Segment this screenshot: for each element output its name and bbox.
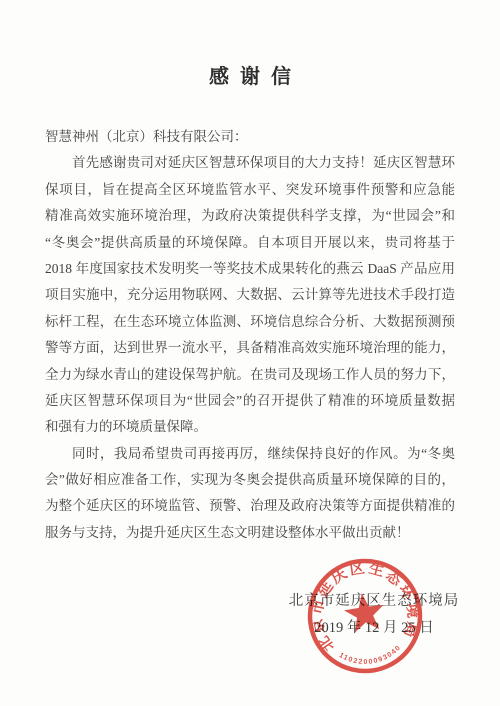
- body-line: 标杆工程，在生态环境立体监测、环境信息综合分析、大数据预测预: [45, 309, 455, 335]
- letter-page: 感谢信 智慧神州（北京）科技有限公司： 首先感谢贵司对延庆区智慧环保项目的大力支…: [0, 0, 500, 706]
- paragraphs: 首先感谢贵司对延庆区智慧环保项目的大力支持！延庆区智慧环保项目，旨在提高全区环境…: [45, 150, 455, 546]
- body-line: 服务与支持，为提升延庆区生态文明建设整体水平做出贡献！: [45, 520, 455, 546]
- body-line: 和强有力的环境质量保障。: [45, 414, 455, 440]
- body-line: “冬奥会”提供高质量的环境保障。自本项目开展以来，贵司将基于: [45, 230, 455, 256]
- body-line: 同时，我局希望贵司再接再厉，继续保持良好的作风。为“冬奥: [45, 441, 455, 467]
- body-line: 2018 年度国家技术发明奖一等奖技术成果转化的燕云 DaaS 产品应用到: [45, 256, 455, 282]
- seal-code: 1102200093040: [337, 643, 404, 670]
- body-line: 会”做好相应准备工作，实现为冬奥会提供高质量环境保障的目的，: [45, 467, 455, 493]
- signature-block: 北京市延庆区生态环境局 2019 年 12 月 25 日: [276, 588, 472, 642]
- body-line: 为整个延庆区的环境监管、预警、治理及政府决策等方面提供精准的: [45, 493, 455, 519]
- body-line: 全力为绿水青山的建设保驾护航。在贵司及现场工作人员的努力下，: [45, 362, 455, 388]
- signature-org: 北京市延庆区生态环境局: [276, 588, 472, 614]
- body-line: 延庆区智慧环保项目为“世园会”的召开提供了精准的环境质量数据: [45, 388, 455, 414]
- letter-body: 智慧神州（北京）科技有限公司： 首先感谢贵司对延庆区智慧环保项目的大力支持！延庆…: [45, 124, 455, 546]
- body-line: 首先感谢贵司对延庆区智慧环保项目的大力支持！延庆区智慧环: [45, 150, 455, 176]
- body-line: 精准高效实施环境治理，为政府决策提供科学支撑，为“世园会”和: [45, 203, 455, 229]
- letter-title: 感谢信: [0, 64, 500, 90]
- body-line: 项目实施中，充分运用物联网、大数据、云计算等先进技术手段打造: [45, 282, 455, 308]
- body-line: 警等方面，达到世界一流水平，具备精准高效实施环境治理的能力，: [45, 335, 455, 361]
- signature-date: 2019 年 12 月 25 日: [276, 614, 472, 642]
- body-line: 保项目，旨在提高全区环境监管水平、突发环境事件预警和应急能力，: [45, 177, 455, 203]
- salutation: 智慧神州（北京）科技有限公司：: [45, 124, 455, 150]
